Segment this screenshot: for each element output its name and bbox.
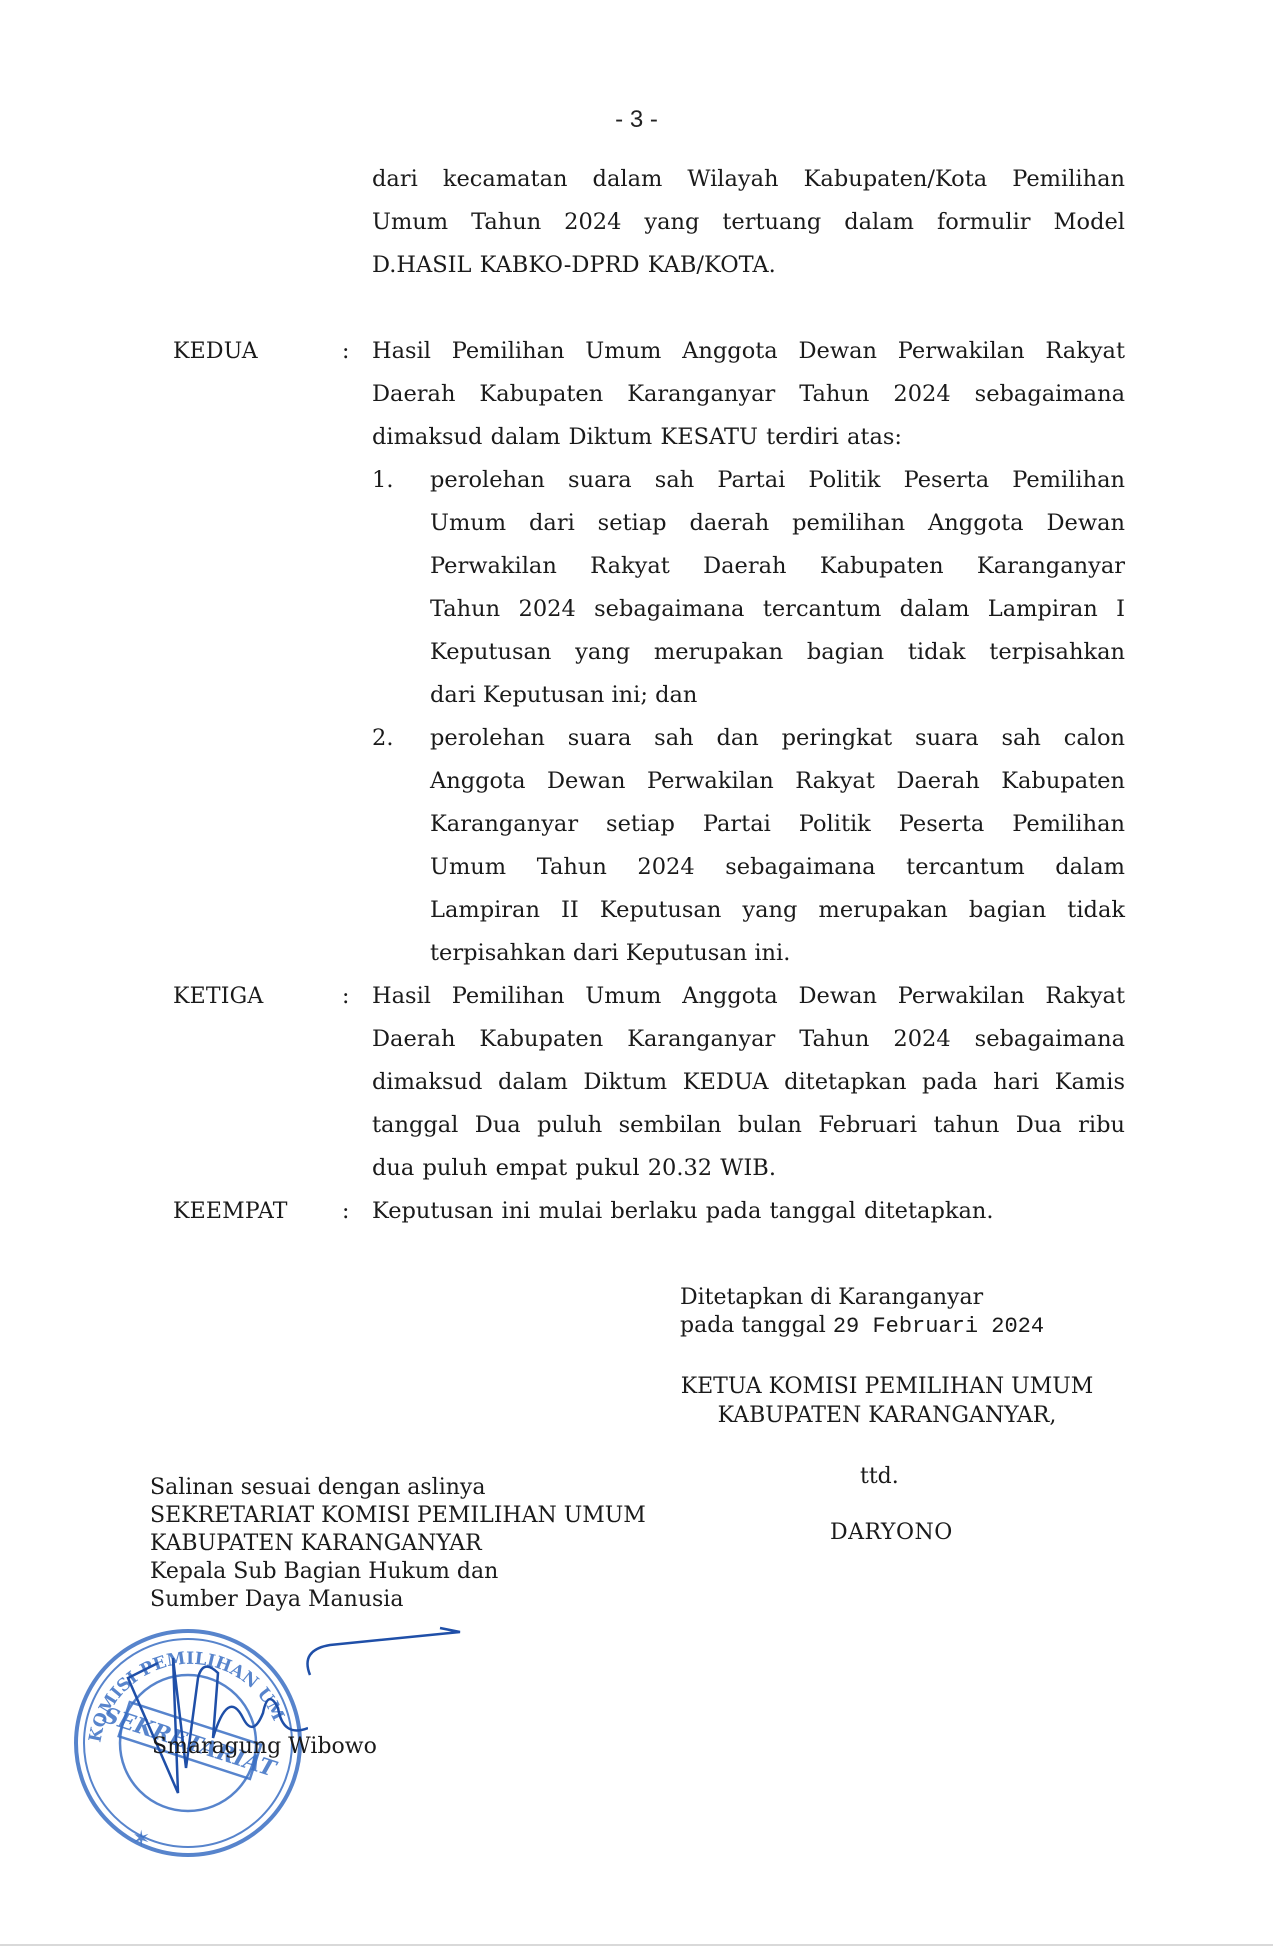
list-line: perolehan suara sah dan peringkat suara …	[430, 717, 1125, 760]
diktum-colon: :	[342, 975, 349, 1018]
page-edge	[0, 1944, 1273, 1946]
certified-copy-block: Salinan sesuai dengan aslinya SEKRETARIA…	[150, 1474, 646, 1614]
list-number: 2.	[372, 717, 393, 760]
enactment-date-line: pada tanggal 29 Februari 2024	[680, 1312, 1044, 1341]
signatory-title-line1: KETUA KOMISI PEMILIHAN UMUM	[662, 1372, 1112, 1401]
certified-line: SEKRETARIAT KOMISI PEMILIHAN UMUM	[150, 1502, 646, 1530]
diktum-line: dimaksud dalam Diktum KESATU terdiri ata…	[372, 416, 1125, 459]
certified-line: Sumber Daya Manusia	[150, 1586, 646, 1614]
certified-line: KABUPATEN KARANGANYAR	[150, 1530, 646, 1558]
list-line: Karanganyar setiap Partai Politik Pesert…	[430, 803, 1125, 846]
signature-tail-icon	[300, 1620, 470, 1680]
certified-line: Kepala Sub Bagian Hukum dan	[150, 1558, 646, 1586]
list-line: Umum dari setiap daerah pemilihan Anggot…	[430, 502, 1125, 545]
diktum-line: Daerah Kabupaten Karanganyar Tahun 2024 …	[372, 373, 1125, 416]
page-number: - 3 -	[0, 106, 1273, 134]
list-line: dari Keputusan ini; dan	[430, 674, 1125, 717]
svg-text:✶: ✶	[132, 1827, 150, 1852]
intro-paragraph: dari kecamatan dalam Wilayah Kabupaten/K…	[372, 158, 1125, 287]
certified-line: Salinan sesuai dengan aslinya	[150, 1474, 646, 1502]
list-line: Keputusan yang merupakan bagian tidak te…	[430, 631, 1125, 674]
list-item: perolehan suara sah Partai Politik Peser…	[430, 459, 1125, 717]
diktum-line: Hasil Pemilihan Umum Anggota Dewan Perwa…	[372, 330, 1125, 373]
diktum-line: dua puluh empat pukul 20.32 WIB.	[372, 1147, 1125, 1190]
secretary-name: Smaragung Wibowo	[152, 1734, 377, 1759]
intro-line: dari kecamatan dalam Wilayah Kabupaten/K…	[372, 158, 1125, 201]
diktum-label-keempat: KEEMPAT	[173, 1190, 288, 1233]
diktum-label-kedua: KEDUA	[173, 330, 258, 373]
enactment-place-line: Ditetapkan di Karanganyar	[680, 1284, 1044, 1312]
diktum-line: Hasil Pemilihan Umum Anggota Dewan Perwa…	[372, 975, 1125, 1018]
signer-name: DARYONO	[830, 1520, 953, 1545]
list-number: 1.	[372, 459, 393, 502]
intro-line: Umum Tahun 2024 yang tertuang dalam form…	[372, 201, 1125, 244]
diktum-line: tanggal Dua puluh sembilan bulan Februar…	[372, 1104, 1125, 1147]
list-line: perolehan suara sah Partai Politik Peser…	[430, 459, 1125, 502]
list-line: Lampiran II Keputusan yang merupakan bag…	[430, 889, 1125, 932]
signed-marker: ttd.	[860, 1464, 899, 1489]
diktum-keempat-text: Keputusan ini mulai berlaku pada tanggal…	[372, 1190, 1125, 1233]
enactment-place: Ditetapkan di Karanganyar pada tanggal 2…	[680, 1284, 1044, 1341]
signatory-title: KETUA KOMISI PEMILIHAN UMUM KABUPATEN KA…	[662, 1372, 1112, 1430]
list-item: perolehan suara sah dan peringkat suara …	[430, 717, 1125, 975]
enactment-date-prefix: pada tanggal	[680, 1313, 826, 1338]
intro-line: D.HASIL KABKO-DPRD KAB/KOTA.	[372, 244, 1125, 287]
enactment-date-value: 29 Februari 2024	[833, 1314, 1044, 1339]
list-line: Perwakilan Rakyat Daerah Kabupaten Karan…	[430, 545, 1125, 588]
list-line: Umum Tahun 2024 sebagaimana tercantum da…	[430, 846, 1125, 889]
diktum-colon: :	[342, 1190, 349, 1233]
diktum-line: Daerah Kabupaten Karanganyar Tahun 2024 …	[372, 1018, 1125, 1061]
diktum-kedua-text: Hasil Pemilihan Umum Anggota Dewan Perwa…	[372, 330, 1125, 459]
list-line: terpisahkan dari Keputusan ini.	[430, 932, 1125, 975]
signatory-title-line2: KABUPATEN KARANGANYAR,	[662, 1401, 1112, 1430]
diktum-colon: :	[342, 330, 349, 373]
list-line: Anggota Dewan Perwakilan Rakyat Daerah K…	[430, 760, 1125, 803]
diktum-ketiga-text: Hasil Pemilihan Umum Anggota Dewan Perwa…	[372, 975, 1125, 1190]
diktum-label-ketiga: KETIGA	[173, 975, 264, 1018]
diktum-line: Keputusan ini mulai berlaku pada tanggal…	[372, 1190, 1125, 1233]
diktum-line: dimaksud dalam Diktum KEDUA ditetapkan p…	[372, 1061, 1125, 1104]
list-line: Tahun 2024 sebagaimana tercantum dalam L…	[430, 588, 1125, 631]
